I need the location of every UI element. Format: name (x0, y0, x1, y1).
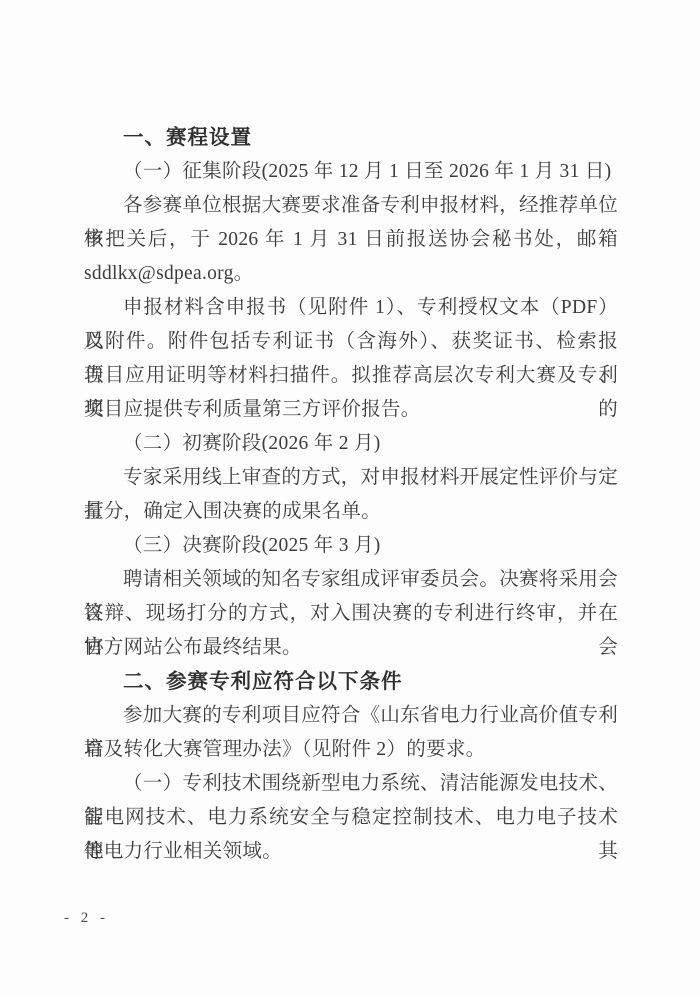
text-line: （二）初赛阶段(2026 年 2 月) (84, 427, 618, 461)
text-line: （一）征集阶段(2025 年 12 月 1 日至 2026 年 1 月 31 日… (84, 155, 618, 189)
text-line: 核把关后，于 2026 年 1 月 31 日前报送协会秘书处，邮箱 (84, 223, 618, 257)
text-line: 育及转化大赛管理办法》（见附件 2）的要求。 (84, 733, 618, 767)
document-page: 一、赛程设置（一）征集阶段(2025 年 12 月 1 日至 2026 年 1 … (0, 0, 700, 998)
section-heading: 一、赛程设置 (84, 121, 618, 155)
text-line: 能电网技术、电力系统安全与稳定控制技术、电力电子技术等其 (84, 801, 618, 835)
text-line: 申报材料含申报书（见附件 1）、专利授权文本（PDF）以 (84, 291, 618, 325)
text-line: 聘请相关领域的知名专家组成评审委员会。决赛将采用会议 (84, 563, 618, 597)
text-line: 专家采用线上审查的方式，对申报材料开展定性评价与定量 (84, 461, 618, 495)
document-body: 一、赛程设置（一）征集阶段(2025 年 12 月 1 日至 2026 年 1 … (84, 121, 618, 869)
section-heading: 二、参赛专利应符合以下条件 (84, 665, 618, 699)
text-line: sddlkx@sdpea.org。 (84, 257, 618, 291)
text-line: 答辩、现场打分的方式，对入围决赛的专利进行终审，并在协会 (84, 597, 618, 631)
text-line: 参加大赛的专利项目应符合《山东省电力行业高价值专利培 (84, 699, 618, 733)
text-line: （三）决赛阶段(2025 年 3 月) (84, 529, 618, 563)
page-number: - 2 - (64, 910, 109, 927)
text-line: 及附件。附件包括专利证书（含海外）、获奖证书、检索报告、 (84, 325, 618, 359)
text-line: 打分，确定入围决赛的成果名单。 (84, 495, 618, 529)
text-line: 项目应用证明等材料扫描件。拟推荐高层次专利大赛及专利奖的 (84, 359, 618, 393)
text-line: （一）专利技术围绕新型电力系统、清洁能源发电技术、智 (84, 767, 618, 801)
text-line: 各参赛单位根据大赛要求准备专利申报材料，经推荐单位审 (84, 189, 618, 223)
